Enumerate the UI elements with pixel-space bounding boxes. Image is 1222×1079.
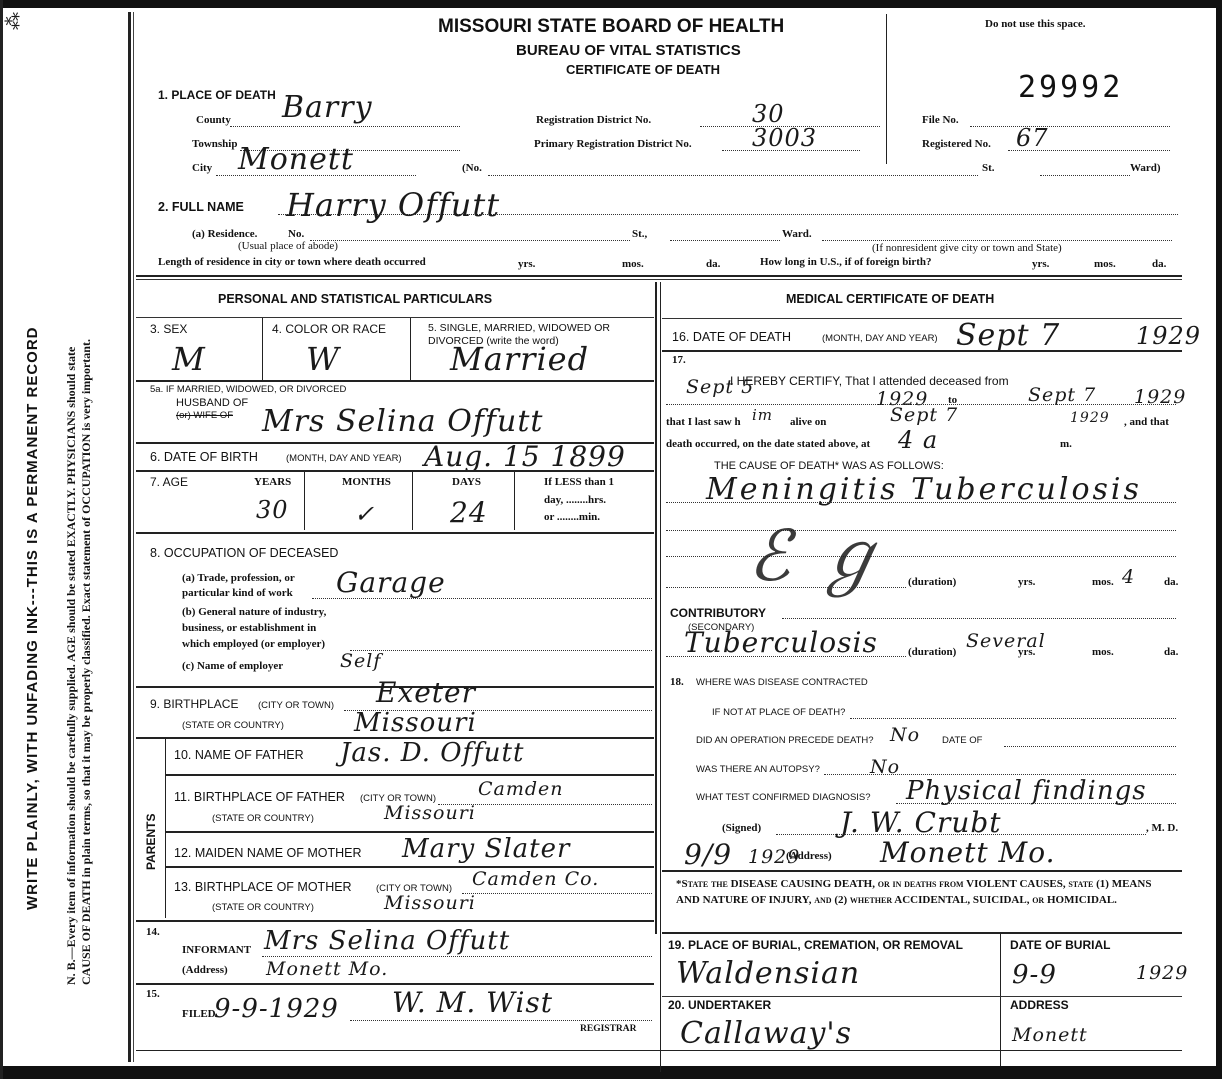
city-value: Monett [238, 142, 354, 177]
sex-label: 3. SEX [150, 322, 187, 336]
us-da: da. [1152, 258, 1166, 270]
rule-after-dod [662, 350, 1182, 352]
contributory-duration-label: (duration) [908, 646, 956, 658]
date-of-label: DATE OF [942, 735, 982, 746]
write-plainly-notice: WRITE PLAINLY, WITH UNFADING INK---THIS … [24, 327, 41, 911]
sex-divider [262, 318, 263, 380]
undertaker-label: 20. UNDERTAKER [668, 998, 771, 1012]
ward-label: Ward) [1130, 162, 1161, 174]
informant-address-label: (Address) [182, 964, 228, 976]
informant-value: Mrs Selina Offutt [264, 926, 510, 956]
burial-date-label: DATE OF BURIAL [1010, 938, 1110, 952]
full-name-value: Harry Offutt [286, 186, 500, 224]
contributory-yrs: yrs. [1018, 646, 1035, 658]
rule-after-parents [136, 920, 654, 922]
attended-to: Sept 7 [1028, 384, 1096, 406]
residence-label: (a) Residence. [192, 228, 257, 240]
rule-after-signed [662, 870, 1182, 872]
county-line [230, 126, 460, 127]
length-residence-label: Length of residence in city or town wher… [158, 256, 426, 268]
death-occurred-text: death occurred, on the date stated above… [666, 438, 870, 450]
days-label: DAYS [452, 476, 481, 488]
birthplace-sub: (CITY OR TOWN) [258, 700, 334, 711]
occ-b-label-2: business, or establishment in [182, 622, 316, 634]
file-no-label: File No. [922, 114, 959, 126]
nonresident-note: (If nonresident give city or town and St… [872, 242, 1062, 254]
contributory-line [782, 618, 1176, 619]
city-label: City [192, 162, 212, 174]
days-divider [514, 472, 515, 530]
father-value: Jas. D. Offutt [340, 738, 524, 768]
informant-address-value: Monett Mo. [266, 958, 388, 980]
parents-label: PARENTS [144, 814, 158, 870]
us-mos: mos. [1094, 258, 1116, 270]
full-name-label: 2. FULL NAME [158, 200, 244, 214]
rule-after-father [166, 774, 654, 776]
file-no-line [970, 126, 1170, 127]
scan-border-left [0, 0, 3, 1079]
sign-date: 9/9 [684, 838, 732, 871]
registrar-value: W. M. Wist [392, 986, 553, 1019]
medical-address-value: Monett Mo. [880, 836, 1055, 869]
cert-num: 17. [672, 354, 686, 366]
cause-line-2 [666, 530, 1176, 531]
rule-medical-top [662, 318, 1182, 319]
spouse-label-2: HUSBAND OF [176, 397, 248, 409]
registered-no-label: Registered No. [922, 138, 991, 150]
years-divider [304, 472, 305, 530]
autopsy-value: No [870, 756, 900, 778]
if-not-label: IF NOT AT PLACE OF DEATH? [712, 707, 845, 718]
filed-num: 15. [146, 988, 160, 1000]
birthplace-label: 9. BIRTHPLACE [150, 697, 238, 711]
medical-section-title: MEDICAL CERTIFICATE OF DEATH [786, 292, 994, 306]
father-state-value: Missouri [384, 802, 476, 824]
birthplace-state-value: Missouri [354, 708, 477, 738]
occ-b-line [350, 650, 652, 651]
burial-date-value: 9-9 [1012, 960, 1057, 990]
street-line [488, 175, 978, 176]
md-label: , M. D. [1146, 822, 1178, 834]
age-label: 7. AGE [150, 475, 188, 489]
occ-c-label: (c) Name of employer [182, 660, 283, 672]
duration-days-value: 4 [1122, 566, 1135, 588]
mother-bp-line [462, 893, 652, 894]
and-that-label: , and that [1124, 416, 1169, 428]
rule-before-burial [662, 932, 1182, 934]
less-than-1-label: If LESS than 1 [544, 476, 614, 488]
reg-district-label: Registration District No. [536, 114, 651, 126]
occupation-label: 8. OCCUPATION OF DECEASED [150, 546, 338, 560]
header-divider [886, 14, 887, 164]
mother-value: Mary Slater [402, 834, 570, 864]
signed-label: (Signed) [722, 822, 761, 834]
margin-handwriting: ⁂ [3, 11, 24, 30]
cause-scribble: ℰ ℊ [748, 500, 886, 601]
length-yrs: yrs. [518, 258, 535, 270]
duration-da: da. [1164, 576, 1178, 588]
us-yrs: yrs. [1032, 258, 1049, 270]
scan-border-bottom [0, 1066, 1222, 1079]
operation-value: No [890, 724, 920, 746]
mother-state-value: Missouri [384, 892, 476, 914]
scan-border-top [0, 0, 1222, 8]
months-divider [412, 472, 413, 530]
occ-a-value: Garage [336, 566, 446, 599]
rule-after-residence-2 [136, 279, 1182, 280]
cause-line-3 [666, 556, 1176, 557]
rule-after-age [136, 532, 654, 534]
birthplace-state-label: (STATE OR COUNTRY) [182, 720, 284, 731]
township-label: Township [192, 138, 237, 150]
months-value: ✓ [354, 500, 375, 528]
filed-value: 9-9-1929 [214, 994, 339, 1024]
burial-label: 19. PLACE OF BURIAL, CREMATION, OR REMOV… [668, 938, 963, 952]
undertaker-value: Callaway's [680, 1016, 852, 1051]
duration-yrs: yrs. [1018, 576, 1035, 588]
father-bp-label: 11. BIRTHPLACE OF FATHER [174, 790, 345, 804]
father-label: 10. NAME OF FATHER [174, 748, 304, 762]
dob-label: 6. DATE OF BIRTH [150, 450, 258, 464]
test-label: WHAT TEST CONFIRMED DIAGNOSIS? [696, 792, 871, 803]
scan-border-right [1216, 0, 1222, 1079]
st-label: St. [982, 162, 995, 174]
how-long-us-label: How long in U.S., if of foreign birth? [760, 256, 932, 268]
test-value: Physical findings [906, 776, 1147, 806]
dod-sub: (MONTH, DAY AND YEAR) [822, 333, 938, 344]
spouse-label-3: (or) WIFE OF [176, 410, 233, 421]
mother-state-label: (STATE OR COUNTRY) [212, 902, 314, 913]
duration-mos: mos. [1092, 576, 1114, 588]
medical-address-label: (Address) [786, 850, 832, 862]
county-value: Barry [282, 90, 373, 125]
rule-after-residence [136, 275, 1182, 277]
mother-bp-value: Camden Co. [472, 868, 599, 890]
death-time: 4 a [898, 426, 938, 454]
mother-bp-label: 13. BIRTHPLACE OF MOTHER [174, 880, 352, 894]
registered-no-value: 67 [1016, 124, 1049, 152]
years-label: YEARS [254, 476, 291, 488]
duration-line [666, 587, 906, 588]
signed-value: J. W. Crubt [840, 806, 1002, 839]
personal-section-title: PERSONAL AND STATISTICAL PARTICULARS [218, 292, 492, 306]
margin-rule [128, 12, 131, 1062]
rule-after-burial [662, 996, 1182, 997]
certificate-title: CERTIFICATE OF DEATH [566, 62, 720, 77]
contributory-duration-line [666, 656, 906, 657]
marital-value: Married [450, 340, 589, 378]
days-value: 24 [450, 496, 488, 529]
last-saw-date: Sept 7 [890, 404, 958, 426]
dod-value: Sept 7 [956, 318, 1060, 353]
last-saw-pronoun: im [752, 406, 773, 424]
center-divider-2 [660, 282, 661, 1072]
race-divider [410, 318, 411, 380]
occ-b-label-1: (b) General nature of industry, [182, 606, 326, 618]
residence-ward-line [670, 240, 780, 241]
length-mos: mos. [622, 258, 644, 270]
contributory-value: Tuberculosis [684, 626, 878, 659]
no-label: (No. [462, 162, 482, 174]
operation-label: DID AN OPERATION PRECEDE DEATH? [696, 735, 874, 746]
primary-reg-label: Primary Registration District No. [534, 138, 692, 150]
m-label: m. [1060, 438, 1072, 450]
occ-c-value: Self [340, 650, 381, 672]
nonresident-line [822, 240, 1172, 241]
nb-note-line-1: N. B.—Every item of information should b… [64, 347, 79, 985]
rule-after-father-bp [166, 831, 654, 833]
do-not-use-label: Do not use this space. [985, 18, 1086, 30]
attended-from: Sept 5 [686, 376, 754, 398]
last-saw-year: 1929 [1070, 410, 1110, 426]
nb-note-line-2: CAUSE OF DEATH in plain terms, so that i… [79, 339, 94, 985]
rule-personal-top [136, 317, 654, 318]
where-num: 18. [670, 676, 684, 688]
informant-label: INFORMANT [182, 944, 251, 956]
contributory-label: CONTRIBUTORY [670, 606, 766, 620]
undertaker-address-label: ADDRESS [1010, 998, 1069, 1012]
filed-label: FILED [182, 1008, 216, 1020]
if-not-line [850, 718, 1176, 719]
rule-bottom [136, 1050, 1182, 1051]
burial-value: Waldensian [676, 956, 860, 991]
autopsy-label: WAS THERE AN AUTOPSY? [696, 764, 820, 775]
length-da: da. [706, 258, 720, 270]
occ-a-label-1: (a) Trade, profession, or [182, 572, 295, 584]
stamp-number: 29992 [1018, 70, 1123, 105]
duration-label: (duration) [908, 576, 956, 588]
rule-after-dob [136, 470, 654, 472]
undertaker-address-value: Monett [1012, 1024, 1088, 1046]
registrar-label: REGISTRAR [580, 1024, 637, 1034]
residence-line [310, 240, 630, 241]
margin-rule-inner [133, 12, 134, 1062]
last-saw-text: that I last saw h [666, 416, 741, 428]
bureau-title: BUREAU OF VITAL STATISTICS [516, 42, 741, 59]
where-label: WHERE WAS DISEASE CONTRACTED [696, 677, 868, 688]
dob-value: Aug. 15 1899 [424, 440, 626, 473]
dod-year: 1929 [1136, 322, 1201, 350]
residence-st-label: St., [632, 228, 647, 240]
usual-abode-note: (Usual place of abode) [238, 240, 338, 252]
dob-sub: (MONTH, DAY AND YEAR) [286, 453, 402, 464]
parents-divider [165, 738, 166, 918]
occ-a-label-2: particular kind of work [182, 587, 293, 599]
sex-value: M [172, 340, 206, 378]
race-label: 4. COLOR OR RACE [272, 322, 386, 336]
county-label: County [196, 114, 231, 126]
spouse-label-1: 5a. IF MARRIED, WIDOWED, OR DIVORCED [150, 384, 346, 395]
certify-text: I HEREBY CERTIFY, That I attended deceas… [730, 374, 1009, 388]
or-min-label: or ........min. [544, 511, 600, 523]
date-of-line [1004, 746, 1176, 747]
residence-no-label: No. [288, 228, 304, 240]
burial-year: 1929 [1136, 962, 1188, 984]
residence-ward-label: Ward. [782, 228, 812, 240]
years-value: 30 [256, 496, 289, 524]
alive-on-label: alive on [790, 416, 826, 428]
cause-line-1 [666, 502, 1176, 503]
mother-label: 12. MAIDEN NAME OF MOTHER [174, 846, 362, 860]
occ-b-label-3: which employed (or employer) [182, 638, 325, 650]
spouse-value: Mrs Selina Offutt [262, 404, 543, 439]
burial-divider [1000, 934, 1001, 1066]
registrar-line [350, 1020, 652, 1021]
center-divider [655, 282, 657, 934]
rule-after-informant [136, 983, 654, 985]
footnote-text: *State the DISEASE CAUSING DEATH, or in … [676, 876, 1172, 908]
contributory-da: da. [1164, 646, 1178, 658]
place-of-death-label: 1. PLACE OF DEATH [158, 88, 276, 102]
cause-label: THE CAUSE OF DEATH* WAS AS FOLLOWS: [714, 460, 944, 472]
dod-label: 16. DATE OF DEATH [672, 330, 791, 344]
birthplace-value: Exeter [376, 676, 476, 709]
father-bp-value: Camden [478, 778, 564, 800]
ward-line [1040, 175, 1130, 176]
months-label: MONTHS [342, 476, 391, 488]
board-title: MISSOURI STATE BOARD OF HEALTH [438, 16, 784, 38]
informant-line [262, 956, 652, 957]
father-state-label: (STATE OR COUNTRY) [212, 813, 314, 824]
informant-num: 14. [146, 926, 160, 938]
race-value: W [306, 340, 340, 378]
day-hrs-label: day, ........hrs. [544, 494, 606, 506]
contributory-mos: mos. [1092, 646, 1114, 658]
rule-after-sex [136, 380, 654, 382]
primary-reg-value: 3003 [752, 124, 817, 152]
